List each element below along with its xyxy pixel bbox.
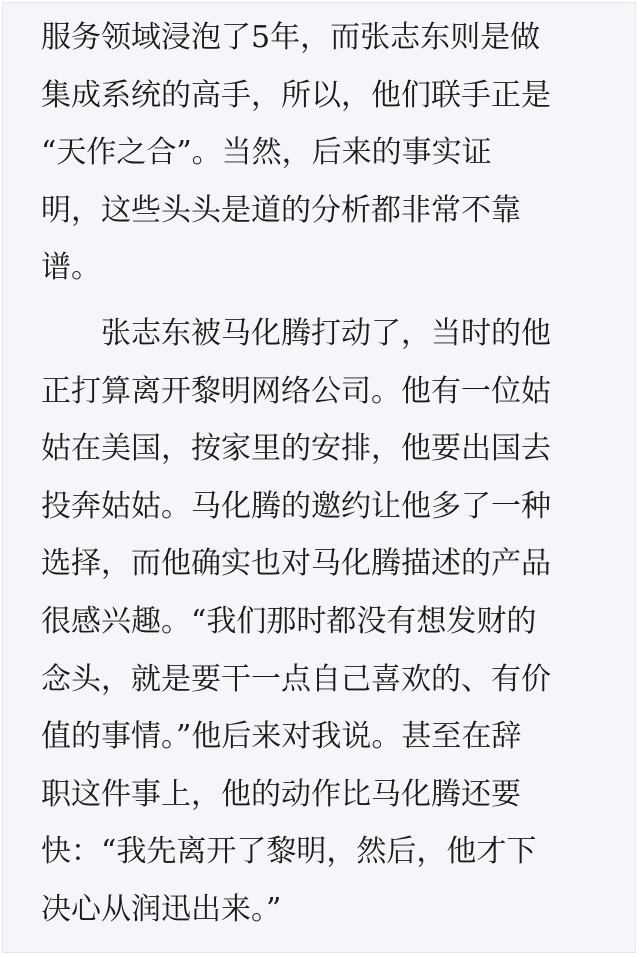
- text-line: 明，这些头头是道的分析都非常不靠: [41, 182, 607, 240]
- text-line: 投奔姑姑。马化腾的邀约让他多了一种: [41, 478, 607, 536]
- paragraph-2: 张志东被马化腾打动了，当时的他 正打算离开黎明网络公司。他有一位姑 姑在美国，按…: [41, 305, 607, 939]
- text-line: 正打算离开黎明网络公司。他有一位姑: [41, 363, 607, 421]
- text-line: 决心从润迅出来。”: [41, 881, 607, 939]
- paragraph-1: 服务领域浸泡了5年，而张志东则是做 集成系统的高手，所以，他们联手正是 “天作之…: [41, 9, 607, 297]
- document-page: 服务领域浸泡了5年，而张志东则是做 集成系统的高手，所以，他们联手正是 “天作之…: [2, 2, 636, 953]
- text-line: 服务领域浸泡了5年，而张志东则是做: [41, 9, 607, 67]
- text-line: 念头，就是要干一点自己喜欢的、有价: [41, 651, 607, 709]
- text-line: 谱。: [41, 239, 607, 297]
- text-line: 姑在美国，按家里的安排，他要出国去: [41, 420, 607, 478]
- text-line-indented: 张志东被马化腾打动了，当时的他: [41, 305, 607, 363]
- text-line: 快：“我先离开了黎明，然后，他才下: [41, 823, 607, 881]
- text-line: “天作之合”。当然，后来的事实证: [41, 124, 607, 182]
- text-line: 职这件事上，他的动作比马化腾还要: [41, 766, 607, 824]
- text-line: 很感兴趣。“我们那时都没有想发财的: [41, 593, 607, 651]
- text-line: 选择，而他确实也对马化腾描述的产品: [41, 535, 607, 593]
- text-line: 值的事情。”他后来对我说。甚至在辞: [41, 708, 607, 766]
- text-line: 集成系统的高手，所以，他们联手正是: [41, 67, 607, 125]
- document-body: 服务领域浸泡了5年，而张志东则是做 集成系统的高手，所以，他们联手正是 “天作之…: [41, 9, 607, 947]
